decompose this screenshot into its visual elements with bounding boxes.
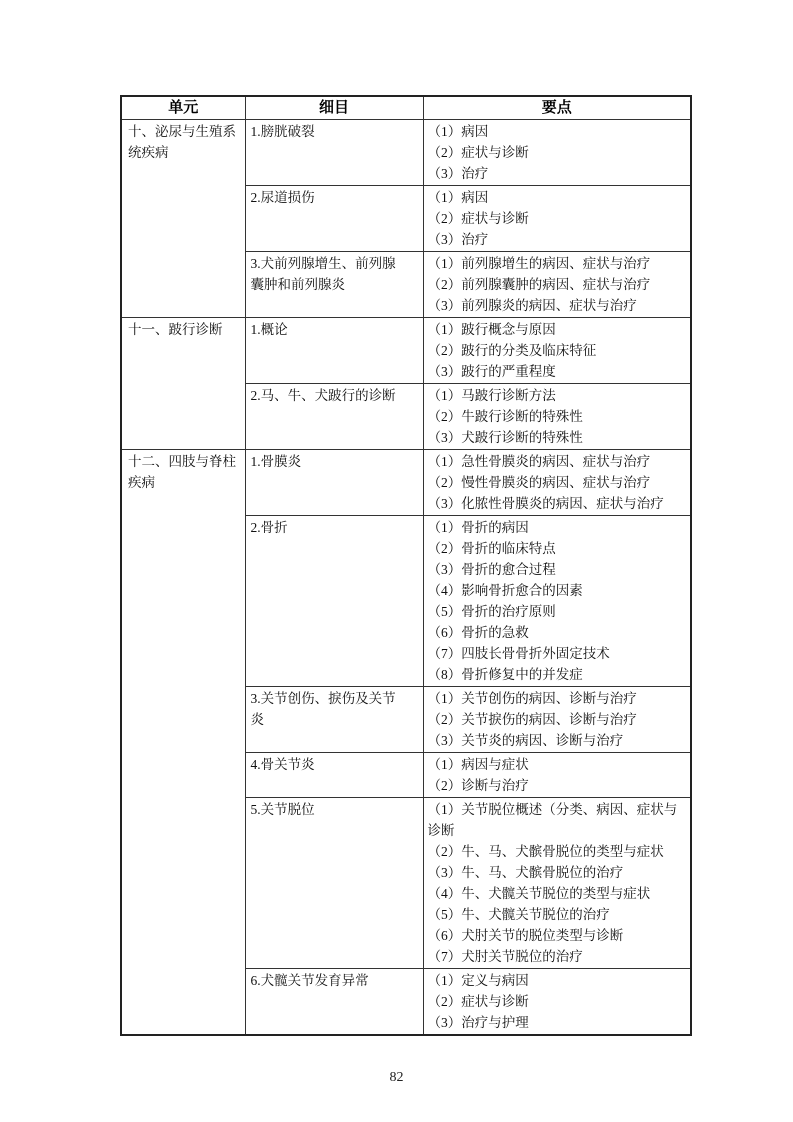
point-line: （5）牛、犬髋关节脱位的治疗 bbox=[428, 904, 691, 925]
points-cell: （1）马跛行诊断方法（2）牛跛行诊断的特殊性（3）犬跛行诊断的特殊性 bbox=[423, 384, 691, 450]
point-line: （1）关节创伤的病因、诊断与治疗 bbox=[428, 688, 691, 709]
item-cell: 5.关节脱位 bbox=[245, 798, 423, 969]
point-line: （3）骨折的愈合过程 bbox=[428, 559, 691, 580]
item-cell: 3.犬前列腺增生、前列腺囊肿和前列腺炎 bbox=[245, 252, 423, 318]
point-line: （2）骨折的临床特点 bbox=[428, 538, 691, 559]
point-line: （7）四肢长骨骨折外固定技术 bbox=[428, 643, 691, 664]
points-cell: （1）病因（2）症状与诊断（3）治疗 bbox=[423, 186, 691, 252]
points-cell: （1）关节创伤的病因、诊断与治疗（2）关节捩伤的病因、诊断与治疗（3）关节炎的病… bbox=[423, 687, 691, 753]
unit-cell: 十、泌尿与生殖系统疾病 bbox=[121, 120, 245, 318]
points-cell: （1）定义与病因（2）症状与诊断（3）治疗与护理 bbox=[423, 969, 691, 1036]
item-cell: 6.犬髋关节发育异常 bbox=[245, 969, 423, 1036]
points-cell: （1）急性骨膜炎的病因、症状与治疗（2）慢性骨膜炎的病因、症状与治疗（3）化脓性… bbox=[423, 450, 691, 516]
point-line: （3）治疗与护理 bbox=[428, 1012, 691, 1033]
syllabus-table-body: 十、泌尿与生殖系统疾病1.膀胱破裂（1）病因（2）症状与诊断（3）治疗2.尿道损… bbox=[121, 120, 691, 1036]
item-cell: 2.马、牛、犬跛行的诊断 bbox=[245, 384, 423, 450]
points-cell: （1）关节脱位概述（分类、病因、症状与诊断（2）牛、马、犬髌骨脱位的类型与症状（… bbox=[423, 798, 691, 969]
point-line: （3）治疗 bbox=[428, 163, 691, 184]
point-line: （1）病因 bbox=[428, 187, 691, 208]
point-line: （1）关节脱位概述（分类、病因、症状与诊断 bbox=[428, 799, 691, 841]
point-line: （1）跛行概念与原因 bbox=[428, 319, 691, 340]
point-line: （1）急性骨膜炎的病因、症状与治疗 bbox=[428, 451, 691, 472]
point-line: （2）牛跛行诊断的特殊性 bbox=[428, 406, 691, 427]
point-line: （5）骨折的治疗原则 bbox=[428, 601, 691, 622]
point-line: （1）定义与病因 bbox=[428, 970, 691, 991]
point-line: （3）化脓性骨膜炎的病因、症状与治疗 bbox=[428, 493, 691, 514]
point-line: （8）骨折修复中的并发症 bbox=[428, 664, 691, 685]
points-cell: （1）病因与症状（2）诊断与治疗 bbox=[423, 753, 691, 798]
point-line: （7）犬肘关节脱位的治疗 bbox=[428, 946, 691, 967]
table-row: 十一、跛行诊断1.概论（1）跛行概念与原因（2）跛行的分类及临床特征（3）跛行的… bbox=[121, 318, 691, 384]
item-cell: 2.骨折 bbox=[245, 516, 423, 687]
item-cell: 3.关节创伤、捩伤及关节炎 bbox=[245, 687, 423, 753]
point-line: （3）犬跛行诊断的特殊性 bbox=[428, 427, 691, 448]
point-line: （2）诊断与治疗 bbox=[428, 775, 691, 796]
points-cell: （1）骨折的病因（2）骨折的临床特点（3）骨折的愈合过程（4）影响骨折愈合的因素… bbox=[423, 516, 691, 687]
table-header: 单元 细目 要点 bbox=[121, 96, 691, 120]
point-line: （1）马跛行诊断方法 bbox=[428, 385, 691, 406]
page-number: 82 bbox=[0, 1070, 793, 1086]
point-line: （2）症状与诊断 bbox=[428, 208, 691, 229]
item-cell: 4.骨关节炎 bbox=[245, 753, 423, 798]
point-line: （3）治疗 bbox=[428, 229, 691, 250]
item-cell: 1.概论 bbox=[245, 318, 423, 384]
points-cell: （1）跛行概念与原因（2）跛行的分类及临床特征（3）跛行的严重程度 bbox=[423, 318, 691, 384]
point-line: （6）骨折的急救 bbox=[428, 622, 691, 643]
point-line: （3）关节炎的病因、诊断与治疗 bbox=[428, 730, 691, 751]
point-line: （2）慢性骨膜炎的病因、症状与治疗 bbox=[428, 472, 691, 493]
unit-cell: 十二、四肢与脊柱疾病 bbox=[121, 450, 245, 1036]
point-line: （1）病因 bbox=[428, 121, 691, 142]
column-header-detail: 细目 bbox=[245, 96, 423, 120]
point-line: （2）关节捩伤的病因、诊断与治疗 bbox=[428, 709, 691, 730]
item-cell: 1.骨膜炎 bbox=[245, 450, 423, 516]
column-header-points: 要点 bbox=[423, 96, 691, 120]
item-cell: 1.膀胱破裂 bbox=[245, 120, 423, 186]
syllabus-table: 单元 细目 要点 十、泌尿与生殖系统疾病1.膀胱破裂（1）病因（2）症状与诊断（… bbox=[120, 95, 692, 1036]
point-line: （4）影响骨折愈合的因素 bbox=[428, 580, 691, 601]
point-line: （2）前列腺囊肿的病因、症状与治疗 bbox=[428, 274, 691, 295]
point-line: （1）前列腺增生的病因、症状与治疗 bbox=[428, 253, 691, 274]
column-header-unit: 单元 bbox=[121, 96, 245, 120]
point-line: （2）症状与诊断 bbox=[428, 142, 691, 163]
header-row: 单元 细目 要点 bbox=[121, 96, 691, 120]
table-row: 十二、四肢与脊柱疾病1.骨膜炎（1）急性骨膜炎的病因、症状与治疗（2）慢性骨膜炎… bbox=[121, 450, 691, 516]
table-row: 十、泌尿与生殖系统疾病1.膀胱破裂（1）病因（2）症状与诊断（3）治疗 bbox=[121, 120, 691, 186]
document-page: { "page": { "number": "82" }, "table": {… bbox=[0, 0, 793, 1122]
point-line: （2）症状与诊断 bbox=[428, 991, 691, 1012]
point-line: （3）牛、马、犬髌骨脱位的治疗 bbox=[428, 862, 691, 883]
points-cell: （1）前列腺增生的病因、症状与治疗（2）前列腺囊肿的病因、症状与治疗（3）前列腺… bbox=[423, 252, 691, 318]
item-cell: 2.尿道损伤 bbox=[245, 186, 423, 252]
points-cell: （1）病因（2）症状与诊断（3）治疗 bbox=[423, 120, 691, 186]
point-line: （2）牛、马、犬髌骨脱位的类型与症状 bbox=[428, 841, 691, 862]
unit-cell: 十一、跛行诊断 bbox=[121, 318, 245, 450]
point-line: （4）牛、犬髋关节脱位的类型与症状 bbox=[428, 883, 691, 904]
point-line: （3）前列腺炎的病因、症状与治疗 bbox=[428, 295, 691, 316]
point-line: （2）跛行的分类及临床特征 bbox=[428, 340, 691, 361]
point-line: （1）骨折的病因 bbox=[428, 517, 691, 538]
point-line: （6）犬肘关节的脱位类型与诊断 bbox=[428, 925, 691, 946]
point-line: （3）跛行的严重程度 bbox=[428, 361, 691, 382]
point-line: （1）病因与症状 bbox=[428, 754, 691, 775]
